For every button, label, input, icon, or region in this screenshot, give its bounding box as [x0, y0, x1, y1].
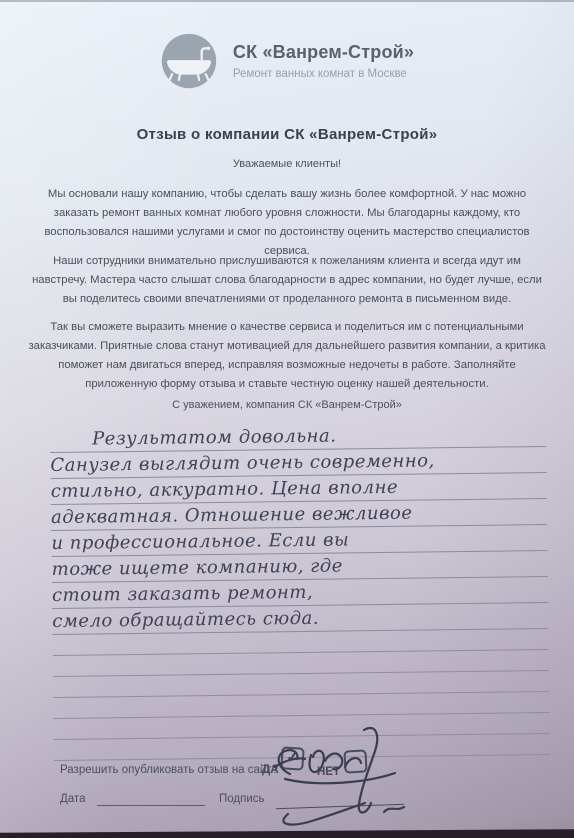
date-label: Дата	[60, 793, 85, 805]
intro-paragraph: Мы основали нашу компанию, чтобы сделать…	[28, 185, 546, 261]
paper-top-edge	[0, 0, 574, 2]
bathtub-icon	[160, 32, 218, 90]
signature-label: Подпись	[219, 793, 265, 805]
handwritten-signature	[266, 726, 418, 834]
date-blank-line	[97, 805, 205, 806]
staff-paragraph: Наши сотрудники внимательно прислушивают…	[28, 252, 546, 309]
publish-question-label: Разрешить опубликовать отзыв на сайт?	[60, 764, 278, 776]
closing-text: С уважением, компания СК «Ванрем-Строй»	[0, 399, 574, 411]
table-surface-edge	[0, 829, 574, 838]
logo-subtitle: Ремонт ванных комнат в Москве	[233, 68, 414, 80]
feedback-paragraph: Так вы сможете выразить мнение о качеств…	[28, 318, 546, 394]
greeting-text: Уважаемые клиенты!	[0, 158, 574, 170]
handwritten-review-area: Результатом довольна. Санузел выглядит о…	[50, 421, 550, 761]
logo-title: СК «Ванрем-Строй»	[233, 42, 414, 63]
page-title: Отзыв о компании СК «Ванрем-Строй»	[0, 126, 574, 143]
company-logo: СК «Ванрем-Строй» Ремонт ванных комнат в…	[0, 32, 574, 90]
